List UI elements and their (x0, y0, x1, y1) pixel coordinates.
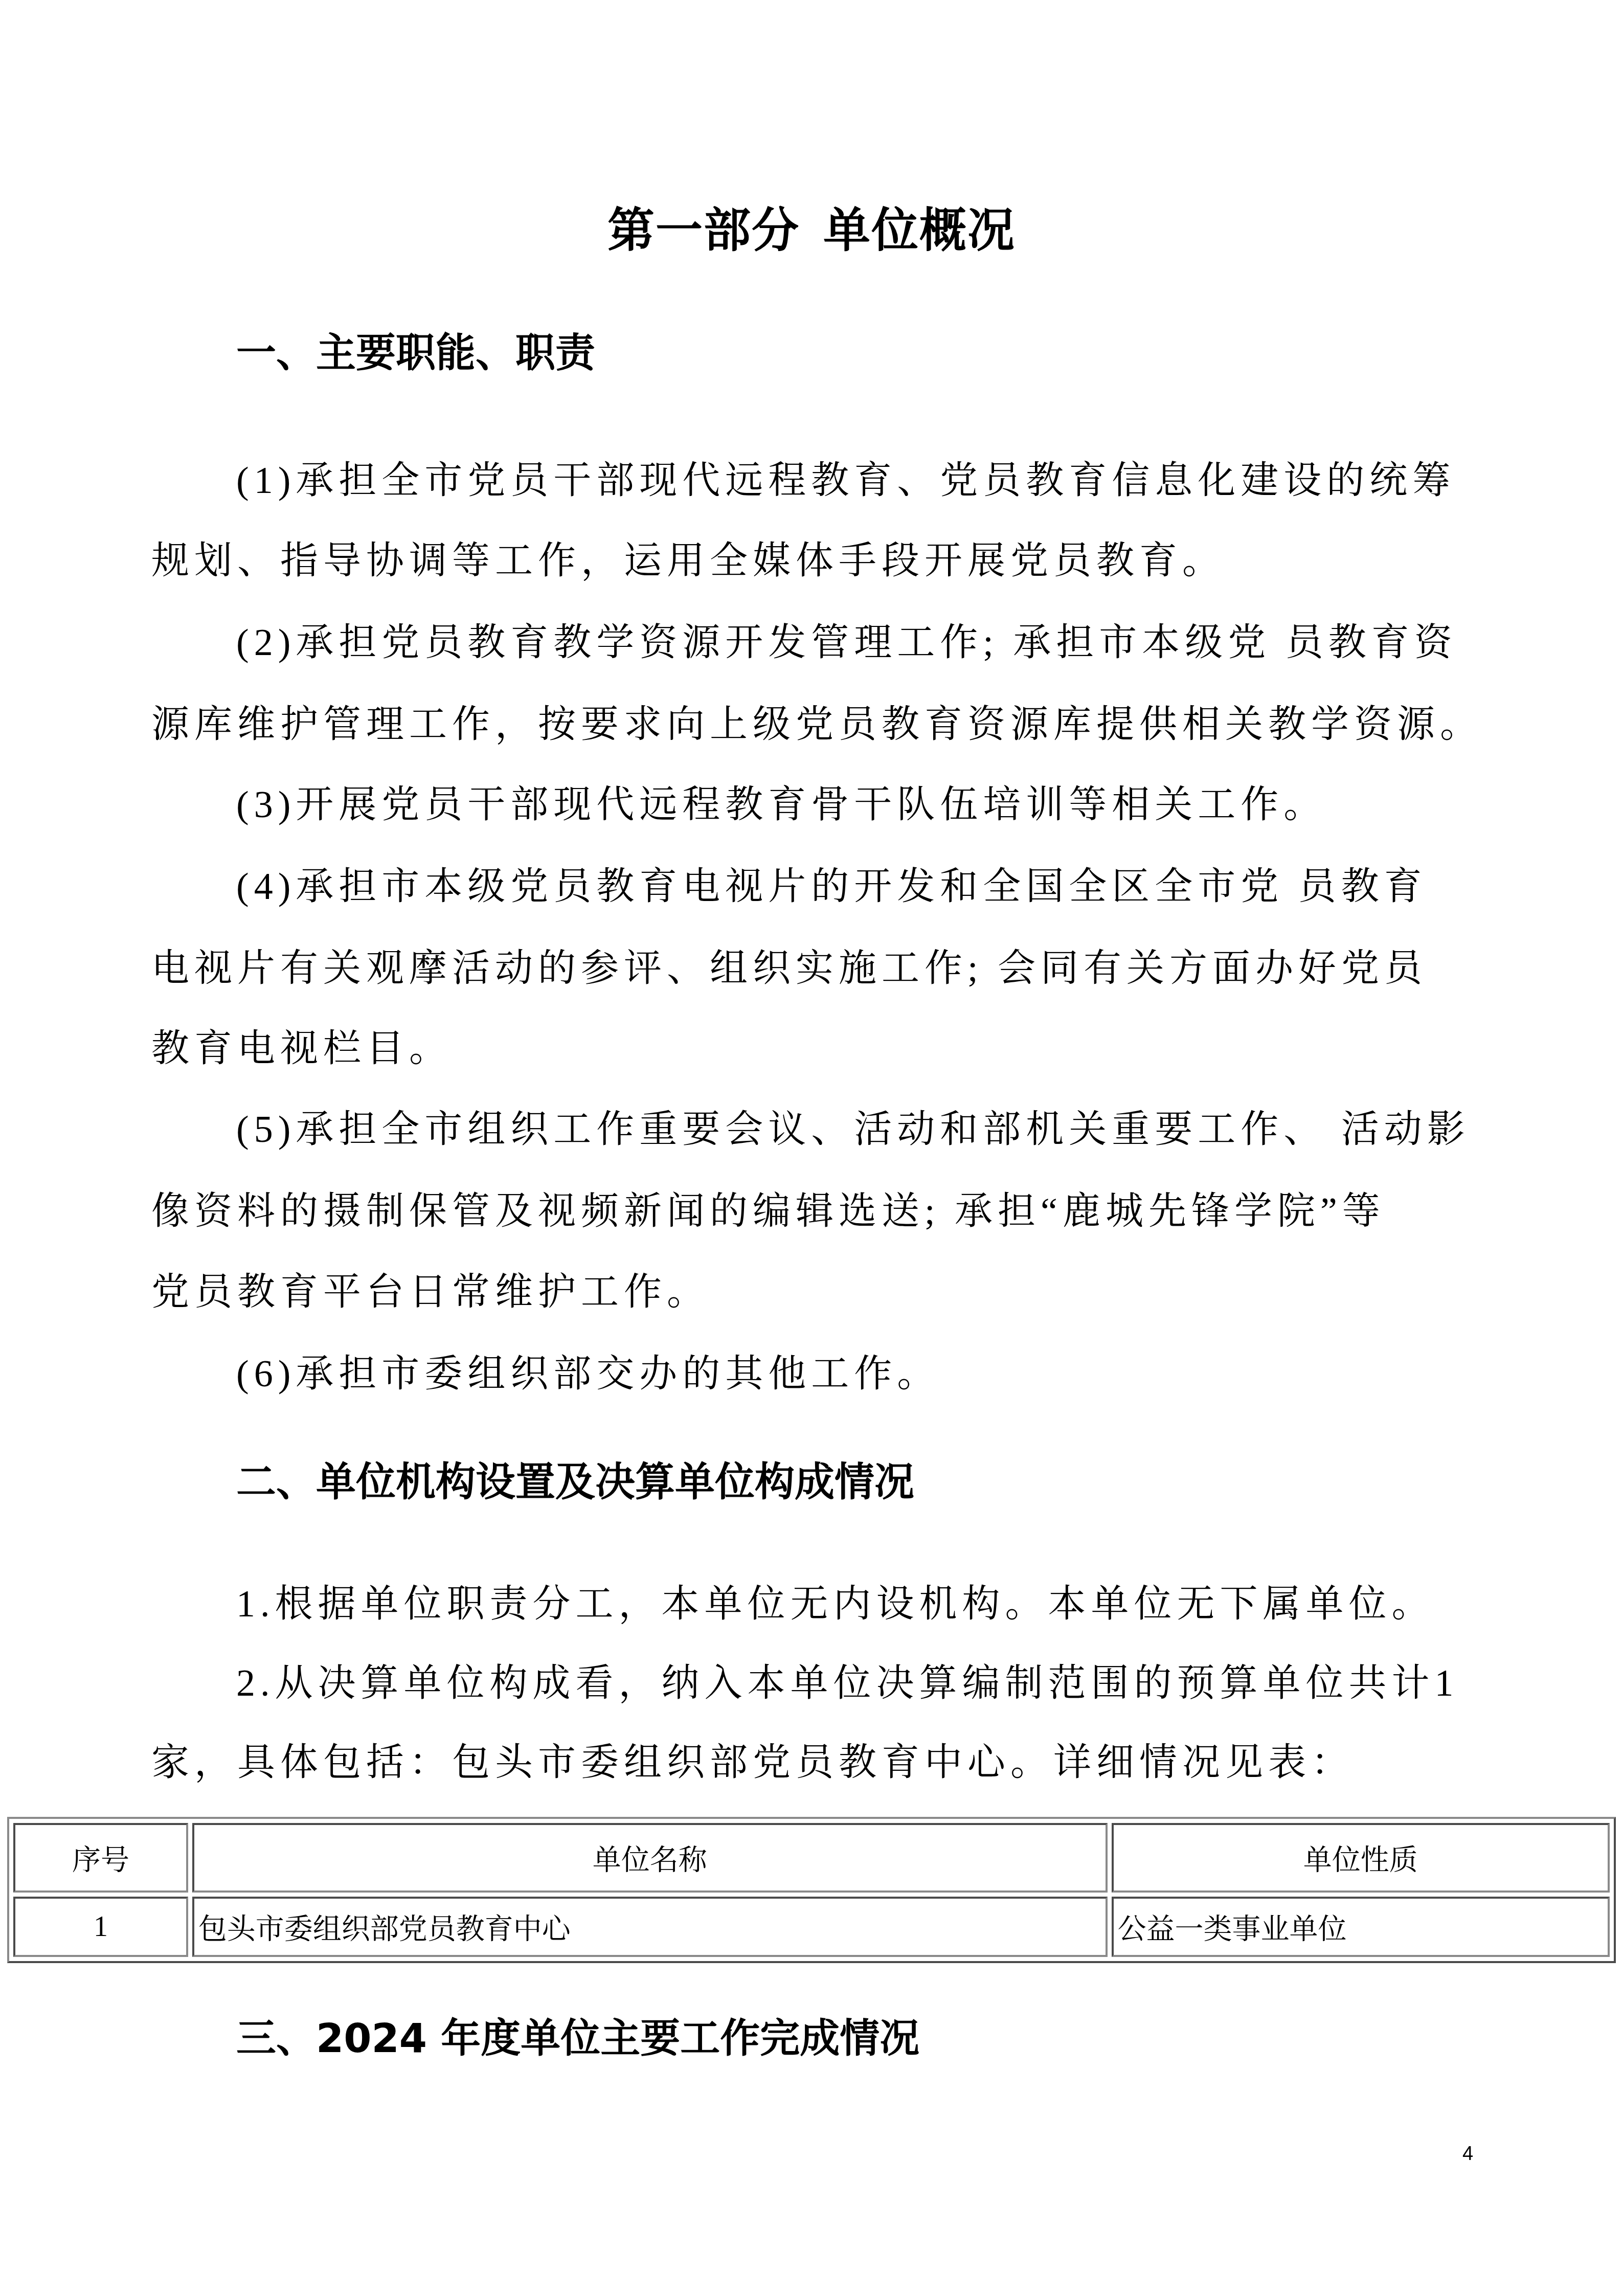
paragraph-line: (3)开展党员干部现代远程教育骨干队伍培训等相关工作。 (236, 786, 1326, 824)
paragraph-line: (2)承担党员教育教学资源开发管理工作; 承担市本级党 员教育资 (236, 624, 1457, 662)
table-header-seq: 序号 (13, 1823, 188, 1893)
paragraph-line: (6)承担市委组织部交办的其他工作。 (236, 1355, 940, 1393)
paragraph-line: (5)承担全市组织工作重要会议、活动和部机关重要工作、 活动影 (236, 1111, 1470, 1149)
section-heading-structure: 二、单位机构设置及决算单位构成情况 (236, 1462, 914, 1502)
table-cell-unit-name: 包头市委组织部党员教育中心 (192, 1897, 1108, 1957)
page-title-name: 单位概况 (823, 205, 1016, 257)
section-heading-work-completion: 三、2024 年度单位主要工作完成情况 (236, 2019, 919, 2059)
page-number: 4 (1462, 2144, 1473, 2164)
table-cell-unit-nature: 公益一类事业单位 (1112, 1897, 1610, 1957)
paragraph-line: 像资料的摄制保管及视频新闻的编辑选送; 承担“鹿城先锋学院”等 (151, 1192, 1385, 1230)
paragraph-line: 教育电视栏目。 (151, 1030, 452, 1068)
paragraph-line: 家，具体包括：包头市委组织部党员教育中心。详细情况见表： (151, 1744, 1354, 1782)
table-row: 1 包头市委组织部党员教育中心 公益一类事业单位 (13, 1897, 1610, 1957)
table-header-unit-name: 单位名称 (192, 1823, 1108, 1893)
paragraph-line: 党员教育平台日常维护工作。 (151, 1273, 710, 1311)
page-title: 第一部分单位概况 (0, 207, 1623, 254)
paragraph-line: 规划、指导协调等工作，运用全媒体手段开展党员教育。 (151, 542, 1225, 580)
paragraph-line: 源库维护管理工作，按要求向上级党员教育资源库提供相关教学资源。 (151, 706, 1483, 744)
table-cell-seq: 1 (13, 1897, 188, 1957)
paragraph-line: (1)承担全市党员干部现代远程教育、党员教育信息化建设的统筹 (236, 462, 1455, 500)
paragraph-line: 电视片有关观摩活动的参评、组织实施工作; 会同有关方面办好党员 (151, 950, 1427, 987)
table-header-unit-nature: 单位性质 (1112, 1823, 1610, 1893)
section-heading-functions: 一、主要职能、职责 (236, 333, 595, 373)
paragraph-line: 1.根据单位职责分工，本单位无内设机构。本单位无下属单位。 (236, 1585, 1435, 1623)
paragraph-line: 2.从决算单位构成看，纳入本单位决算编制范围的预算单位共计1 (236, 1664, 1459, 1702)
page-title-part: 第一部分 (607, 205, 800, 257)
table-header-row: 序号 单位名称 单位性质 (13, 1823, 1610, 1893)
unit-composition-table: 序号 单位名称 单位性质 1 包头市委组织部党员教育中心 公益一类事业单位 (7, 1817, 1616, 1963)
paragraph-line: (4)承担市本级党员教育电视片的开发和全国全区全市党 员教育 (236, 868, 1427, 906)
